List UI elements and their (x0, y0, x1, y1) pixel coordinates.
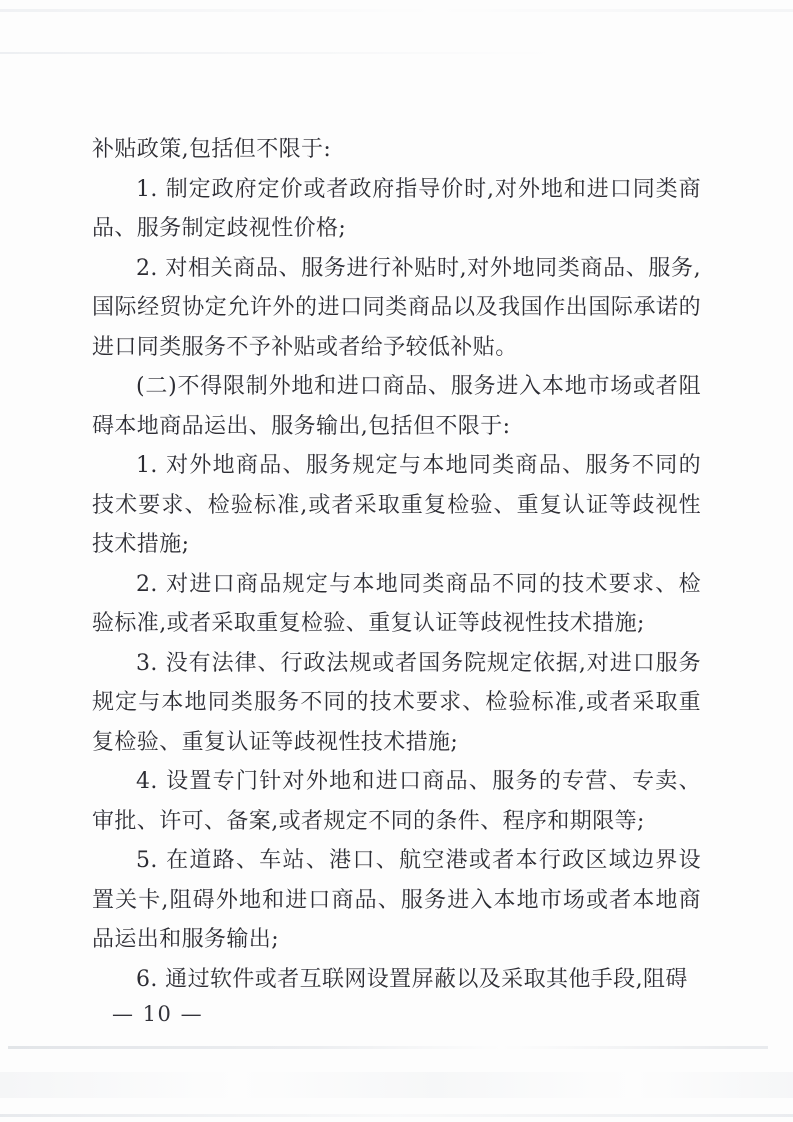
scan-artifact (8, 1046, 768, 1049)
paragraph-item-2: 2. 对相关商品、服务进行补贴时,对外地同类商品、服务,国际经贸协定允许外的进口… (92, 249, 701, 368)
paragraph-item-6b: 6. 通过软件或者互联网设置屏蔽以及采取其他手段,阻碍 (92, 960, 701, 1000)
paragraph-continuation: 补贴政策,包括但不限于: (92, 130, 701, 170)
paragraph-item-2b: 2. 对进口商品规定与本地同类商品不同的技术要求、检验标准,或者采取重复检验、重… (92, 565, 701, 644)
paragraph-section-2: (二)不得限制外地和进口商品、服务进入本地市场或者阻碍本地商品运出、服务输出,包… (92, 367, 701, 446)
page-number: — 10 — (112, 1002, 203, 1026)
scan-artifact (0, 1114, 793, 1117)
paragraph-item-4b: 4. 设置专门针对外地和进口商品、服务的专营、专卖、审批、许可、备案,或者规定不… (92, 762, 701, 841)
paragraph-item-5b: 5. 在道路、车站、港口、航空港或者本行政区域边界设置关卡,阻碍外地和进口商品、… (92, 841, 701, 960)
paragraph-item-1: 1. 制定政府定价或者政府指导价时,对外地和进口同类商品、服务制定歧视性价格; (92, 170, 701, 249)
paragraph-item-1b: 1. 对外地商品、服务规定与本地同类商品、服务不同的技术要求、检验标准,或者采取… (92, 446, 701, 565)
scan-artifact (0, 1072, 793, 1098)
document-page: 补贴政策,包括但不限于: 1. 制定政府定价或者政府指导价时,对外地和进口同类商… (0, 0, 793, 1122)
document-body: 补贴政策,包括但不限于: 1. 制定政府定价或者政府指导价时,对外地和进口同类商… (92, 130, 701, 999)
scan-artifact (0, 52, 793, 54)
paragraph-item-3b: 3. 没有法律、行政法规或者国务院规定依据,对进口服务规定与本地同类服务不同的技… (92, 644, 701, 763)
scan-artifact (0, 9, 793, 12)
